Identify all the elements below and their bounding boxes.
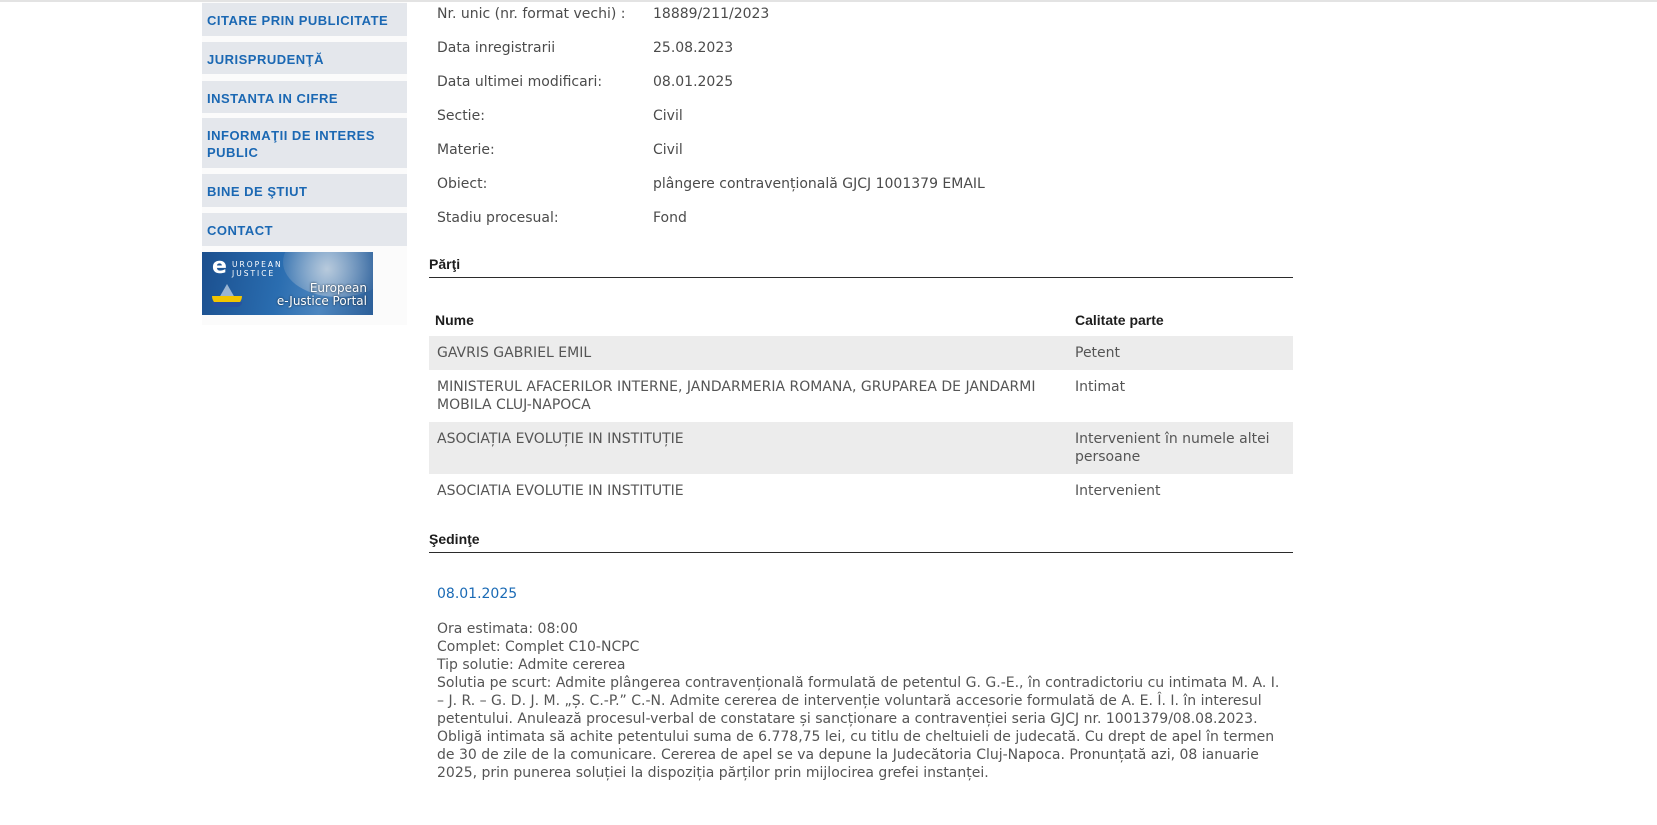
party-name: MINISTERUL AFACERILOR INTERNE, JANDARMER… bbox=[429, 370, 1060, 422]
parties-section-title: Părţi bbox=[429, 256, 1293, 278]
party-role: Intimat bbox=[1060, 370, 1293, 422]
case-info-label: Stadiu procesual: bbox=[437, 210, 559, 226]
case-info-value: 08.01.2025 bbox=[653, 74, 733, 90]
case-info-label: Data inregistrarii bbox=[437, 40, 555, 56]
table-row: ASOCIATIA EVOLUTIE IN INSTITUTIE Interve… bbox=[429, 474, 1293, 508]
hearing-solution-type: Tip solutie: Admite cererea bbox=[437, 656, 1287, 674]
case-info-label: Materie: bbox=[437, 142, 495, 158]
party-name: ASOCIATIA EVOLUTIE IN INSTITUTIE bbox=[429, 474, 1060, 508]
parties-table-header: Nume Calitate parte bbox=[429, 308, 1293, 336]
case-info-value: Fond bbox=[653, 210, 687, 226]
sidebar-item-jurisprudenta[interactable]: JURISPRUDENŢĂ bbox=[202, 42, 407, 74]
e-justice-logo-letter: e bbox=[212, 256, 227, 278]
parties-table: Nume Calitate parte GAVRIS GABRIEL EMIL … bbox=[429, 308, 1293, 508]
case-info-value: 18889/211/2023 bbox=[653, 6, 769, 22]
column-header-role: Calitate parte bbox=[1060, 308, 1293, 336]
sidebar-item-bine-de-stiut[interactable]: BINE DE ŞTIUT bbox=[202, 174, 407, 207]
hearing-details: Ora estimata: 08:00 Complet: Complet C10… bbox=[437, 620, 1287, 782]
case-info-value: Civil bbox=[653, 142, 683, 158]
party-role: Intervenient în numele altei persoane bbox=[1060, 422, 1293, 474]
case-info-label: Data ultimei modificari: bbox=[437, 74, 602, 90]
table-row: ASOCIAȚIA EVOLUȚIE IN INSTITUȚIE Interve… bbox=[429, 422, 1293, 474]
sidebar-item-instanta-in-cifre[interactable]: INSTANTA IN CIFRE bbox=[202, 81, 407, 113]
column-header-name: Nume bbox=[429, 308, 1060, 336]
sidebar-nav: CITARE PRIN PUBLICITATE JURISPRUDENŢĂ IN… bbox=[202, 2, 407, 325]
case-info-value: plângere contravențională GJCJ 1001379 E… bbox=[653, 176, 985, 192]
hearing-date-link[interactable]: 08.01.2025 bbox=[437, 586, 517, 602]
case-info-value: 25.08.2023 bbox=[653, 40, 733, 56]
case-info-label: Obiect: bbox=[437, 176, 487, 192]
hearing-panel: Complet: Complet C10-NCPC bbox=[437, 638, 1287, 656]
table-row: MINISTERUL AFACERILOR INTERNE, JANDARMER… bbox=[429, 370, 1293, 422]
banner-title: European e-Justice Portal bbox=[277, 282, 367, 308]
e-justice-logo-text: UROPEAN JUSTICE bbox=[232, 260, 283, 278]
party-name: GAVRIS GABRIEL EMIL bbox=[429, 336, 1060, 370]
case-info-value: Civil bbox=[653, 108, 683, 124]
logo-text-line1: UROPEAN bbox=[232, 260, 283, 269]
logo-text-line2: JUSTICE bbox=[232, 269, 275, 278]
sidebar-item-informatii-de-interes-public[interactable]: INFORMAŢII DE INTERES PUBLIC bbox=[202, 118, 407, 168]
case-info-label: Nr. unic (nr. format vechi) : bbox=[437, 6, 625, 22]
case-info-label: Sectie: bbox=[437, 108, 485, 124]
sidebar-item-contact[interactable]: CONTACT bbox=[202, 213, 407, 246]
banner-title-line1: European bbox=[310, 281, 367, 295]
hearings-section-title: Şedinţe bbox=[429, 531, 1293, 553]
party-name: ASOCIAȚIA EVOLUȚIE IN INSTITUȚIE bbox=[429, 422, 1060, 474]
banner-title-line2: e-Justice Portal bbox=[277, 294, 367, 308]
scales-of-justice-icon bbox=[212, 284, 242, 306]
table-row: GAVRIS GABRIEL EMIL Petent bbox=[429, 336, 1293, 370]
hearing-solution-summary: Solutia pe scurt: Admite plângerea contr… bbox=[437, 674, 1287, 782]
e-justice-portal-banner[interactable]: e UROPEAN JUSTICE European e-Justice Por… bbox=[202, 252, 373, 315]
hearing-estimated-time: Ora estimata: 08:00 bbox=[437, 620, 1287, 638]
party-role: Intervenient bbox=[1060, 474, 1293, 508]
sidebar-item-citare-prin-publicitate[interactable]: CITARE PRIN PUBLICITATE bbox=[202, 3, 407, 36]
party-role: Petent bbox=[1060, 336, 1293, 370]
